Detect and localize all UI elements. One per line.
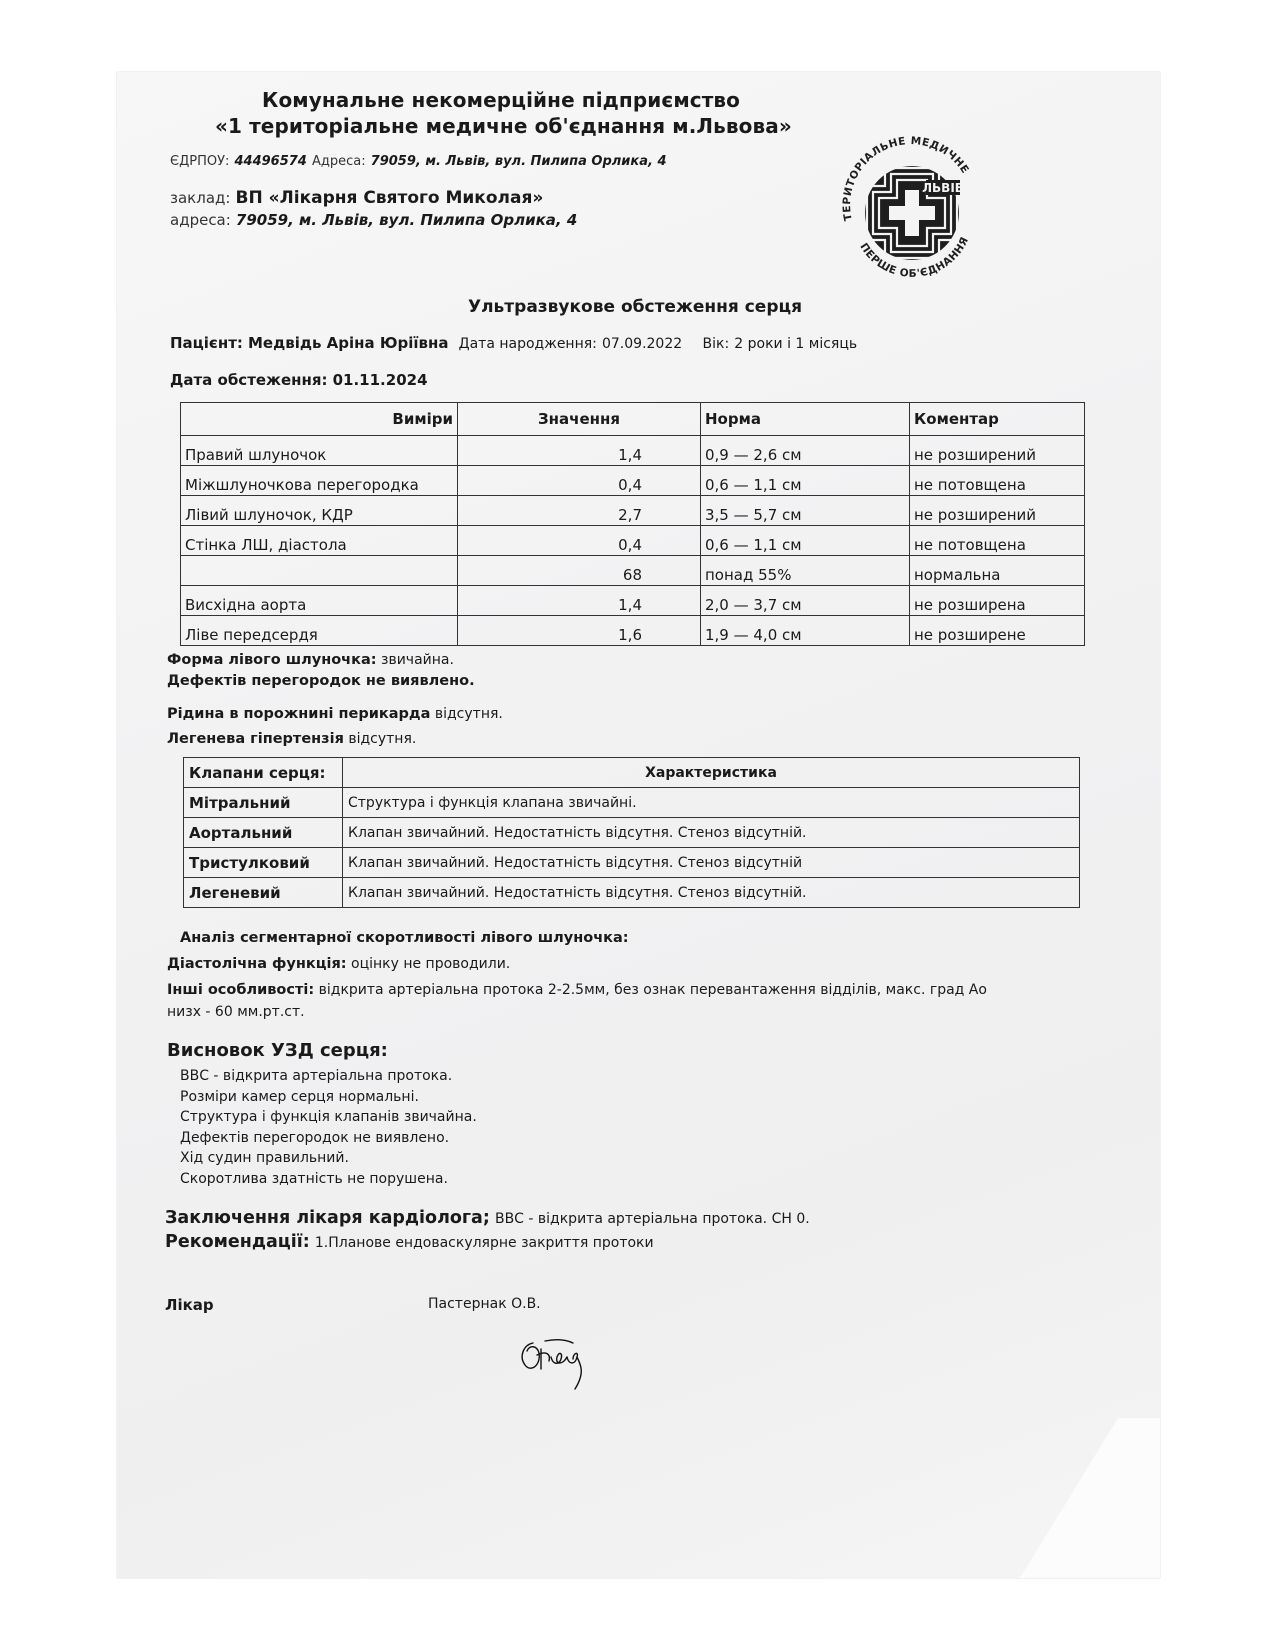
table-row: Лівий шлуночок, КДР2,73,5 — 5,7 смне роз… bbox=[181, 496, 1085, 526]
cardiologist-line: Заключення лікаря кардіолога; ВВС - відк… bbox=[165, 1208, 810, 1228]
measurement-value: 68 bbox=[458, 556, 701, 586]
list-item: Розміри камер серця нормальні. bbox=[180, 1087, 477, 1108]
measurement-name: Висхідна аорта bbox=[181, 586, 458, 616]
cardiologist-label: Заключення лікаря кардіолога; bbox=[165, 1208, 490, 1228]
conclusion-title: Висновок УЗД серця: bbox=[167, 1040, 388, 1061]
column-header: Коментар bbox=[910, 403, 1085, 436]
measurements-table: Виміри Значення Норма Коментар Правий шл… bbox=[180, 402, 1085, 646]
edrpou-label: ЄДРПОУ: bbox=[170, 154, 229, 169]
pulmonary-hypertension-value: відсутня. bbox=[348, 731, 416, 747]
table-row: ТристулковийКлапан звичайний. Недостатні… bbox=[184, 848, 1080, 878]
measurement-norm: понад 55% bbox=[701, 556, 910, 586]
valve-description: Структура і функція клапана звичайні. bbox=[343, 788, 1080, 818]
measurement-name bbox=[181, 556, 458, 586]
measurement-name: Міжшлуночкова перегородка bbox=[181, 466, 458, 496]
other-features-label: Інші особливості: bbox=[167, 982, 314, 998]
column-header: Виміри bbox=[181, 403, 458, 436]
conclusion-list: ВВС - відкрита артеріальна протока.Розмі… bbox=[180, 1066, 477, 1189]
org-name-line2: «1 територіальне медичне об'єднання м.Ль… bbox=[215, 114, 792, 138]
measurement-name: Правий шлуночок bbox=[181, 436, 458, 466]
column-header: Клапани серця: bbox=[184, 758, 343, 788]
measurement-norm: 3,5 — 5,7 см bbox=[701, 496, 910, 526]
edrpou-value: 44496574 bbox=[234, 154, 306, 169]
pulmonary-hypertension-label: Легенева гіпертензія bbox=[167, 731, 344, 747]
org-name-line1: Комунальне некомерційне підприємство bbox=[262, 88, 740, 112]
org-address-label: Адреса: bbox=[312, 154, 366, 169]
measurement-value: 1,4 bbox=[458, 586, 701, 616]
patient-line: Пацієнт: Медвідь Аріна Юріївна Дата наро… bbox=[170, 333, 857, 352]
valve-description: Клапан звичайний. Недостатність відсутня… bbox=[343, 818, 1080, 848]
table-header-row: Клапани серця: Характеристика bbox=[184, 758, 1080, 788]
list-item: Структура і функція клапанів звичайна. bbox=[180, 1107, 477, 1128]
table-row: Стінка ЛШ, діастола0,40,6 — 1,1 смне пот… bbox=[181, 526, 1085, 556]
measurement-norm: 0,9 — 2,6 см bbox=[701, 436, 910, 466]
valve-description: Клапан звичайний. Недостатність відсутня… bbox=[343, 878, 1080, 908]
org-details: ЄДРПОУ: 44496574 Адреса: 79059, м. Львів… bbox=[170, 150, 667, 169]
valve-description: Клапан звичайний. Недостатність відсутня… bbox=[343, 848, 1080, 878]
patient-label: Пацієнт: bbox=[170, 334, 243, 352]
valve-name: Легеневий bbox=[184, 878, 343, 908]
patient-name: Медвідь Аріна Юріївна bbox=[248, 334, 448, 352]
svg-text:ЛЬВІВ: ЛЬВІВ bbox=[922, 181, 964, 195]
septal-defects-line: Дефектів перегородок не виявлено. bbox=[167, 673, 475, 689]
dob-label: Дата народження: bbox=[459, 336, 597, 352]
column-header: Норма bbox=[701, 403, 910, 436]
table-row: 68понад 55%нормальна bbox=[181, 556, 1085, 586]
cardiologist-value: ВВС - відкрита артеріальна протока. СН 0… bbox=[495, 1211, 810, 1227]
valves-table: Клапани серця: Характеристика Мітральний… bbox=[183, 757, 1080, 908]
dob-value: 07.09.2022 bbox=[602, 336, 682, 352]
measurement-norm: 1,9 — 4,0 см bbox=[701, 616, 910, 646]
table-header-row: Виміри Значення Норма Коментар bbox=[181, 403, 1085, 436]
diastolic-value: оцінку не проводили. bbox=[351, 956, 510, 972]
valve-name: Тристулковий bbox=[184, 848, 343, 878]
exam-date-line: Дата обстеження: 01.11.2024 bbox=[170, 370, 428, 389]
pericardial-value: відсутня. bbox=[435, 706, 503, 722]
other-features-line2: низх - 60 мм.рт.ст. bbox=[167, 1004, 305, 1020]
table-row: Правий шлуночок1,40,9 — 2,6 смне розшире… bbox=[181, 436, 1085, 466]
measurement-norm: 2,0 — 3,7 см bbox=[701, 586, 910, 616]
measurement-name: Стінка ЛШ, діастола bbox=[181, 526, 458, 556]
table-row: МітральнийСтруктура і функція клапана зв… bbox=[184, 788, 1080, 818]
facility-address-line: адреса: 79059, м. Львів, вул. Пилипа Орл… bbox=[170, 210, 577, 229]
facility-address-value: 79059, м. Львів, вул. Пилипа Орлика, 4 bbox=[236, 211, 577, 229]
measurement-comment: не розширений bbox=[910, 436, 1085, 466]
valve-name: Мітральний bbox=[184, 788, 343, 818]
recommendations-line: Рекомендації: 1.Планове ендоваскулярне з… bbox=[165, 1232, 654, 1252]
measurement-name: Лівий шлуночок, КДР bbox=[181, 496, 458, 526]
recommendations-value: 1.Планове ендоваскулярне закриття проток… bbox=[315, 1235, 654, 1251]
other-features-value: відкрита артеріальна протока 2-2.5мм, бе… bbox=[319, 982, 987, 998]
pericardial-line: Рідина в порожнині перикарда відсутня. bbox=[167, 706, 503, 722]
segmental-analysis-title: Аналіз сегментарної скоротливості лівого… bbox=[180, 930, 629, 946]
table-row: Висхідна аорта1,42,0 — 3,7 смне розширен… bbox=[181, 586, 1085, 616]
measurement-value: 1,6 bbox=[458, 616, 701, 646]
measurement-comment: не розширений bbox=[910, 496, 1085, 526]
column-header: Значення bbox=[458, 403, 701, 436]
column-header: Характеристика bbox=[343, 758, 1080, 788]
facility-line: заклад: ВП «Лікарня Святого Миколая» bbox=[170, 188, 543, 208]
measurement-comment: не потовщена bbox=[910, 526, 1085, 556]
list-item: Хід судин правильний. bbox=[180, 1148, 477, 1169]
table-row: АортальнийКлапан звичайний. Недостатніст… bbox=[184, 818, 1080, 848]
valve-name: Аортальний bbox=[184, 818, 343, 848]
measurement-value: 0,4 bbox=[458, 526, 701, 556]
facility-address-label: адреса: bbox=[170, 211, 231, 229]
measurement-comment: не розширене bbox=[910, 616, 1085, 646]
pericardial-label: Рідина в порожнині перикарда bbox=[167, 706, 430, 722]
lv-shape-label: Форма лівого шлуночка: bbox=[167, 652, 377, 668]
measurement-norm: 0,6 — 1,1 см bbox=[701, 466, 910, 496]
facility-name: ВП «Лікарня Святого Миколая» bbox=[236, 188, 544, 208]
septal-defects-text: Дефектів перегородок не виявлено. bbox=[167, 673, 475, 689]
table-row: Міжшлуночкова перегородка0,40,6 — 1,1 см… bbox=[181, 466, 1085, 496]
age-value: 2 роки і 1 місяць bbox=[734, 336, 857, 352]
exam-date-value: 01.11.2024 bbox=[333, 371, 428, 389]
document-title: Ультразвукове обстеження серця bbox=[468, 297, 802, 317]
doctor-label: Лікар bbox=[165, 1296, 214, 1314]
facility-label: заклад: bbox=[170, 189, 230, 207]
measurement-value: 1,4 bbox=[458, 436, 701, 466]
age-label: Вік: bbox=[703, 336, 730, 352]
table-row: ЛегеневийКлапан звичайний. Недостатність… bbox=[184, 878, 1080, 908]
list-item: ВВС - відкрита артеріальна протока. bbox=[180, 1066, 477, 1087]
diastolic-label: Діастолічна функція: bbox=[167, 956, 347, 972]
measurement-comment: нормальна bbox=[910, 556, 1085, 586]
medical-cross-logo-icon: ЛЬВІВ ТЕРИТОРІАЛЬНЕ МЕДИЧНЕ ПЕРШЕ ОБ'ЄДН… bbox=[830, 128, 990, 288]
measurement-comment: не потовщена bbox=[910, 466, 1085, 496]
pulmonary-hypertension-line: Легенева гіпертензія відсутня. bbox=[167, 731, 416, 747]
measurement-name: Ліве передсердя bbox=[181, 616, 458, 646]
measurement-value: 0,4 bbox=[458, 466, 701, 496]
measurement-comment: не розширена bbox=[910, 586, 1085, 616]
measurement-value: 2,7 bbox=[458, 496, 701, 526]
list-item: Скоротлива здатність не порушена. bbox=[180, 1169, 477, 1190]
recommendations-label: Рекомендації: bbox=[165, 1232, 310, 1252]
handwritten-signature-icon bbox=[515, 1335, 610, 1395]
other-features-line: Інші особливості: відкрита артеріальна п… bbox=[167, 982, 987, 998]
lv-shape-value: звичайна. bbox=[381, 652, 454, 668]
exam-date-label: Дата обстеження: bbox=[170, 371, 328, 389]
org-address-value: 79059, м. Львів, вул. Пилипа Орлика, 4 bbox=[371, 154, 667, 169]
diastolic-function-line: Діастолічна функція: оцінку не проводили… bbox=[167, 956, 510, 972]
lv-shape-line: Форма лівого шлуночка: звичайна. bbox=[167, 652, 454, 668]
list-item: Дефектів перегородок не виявлено. bbox=[180, 1128, 477, 1149]
table-row: Ліве передсердя1,61,9 — 4,0 смне розшире… bbox=[181, 616, 1085, 646]
doctor-name: Пастернак О.В. bbox=[428, 1296, 541, 1312]
measurement-norm: 0,6 — 1,1 см bbox=[701, 526, 910, 556]
